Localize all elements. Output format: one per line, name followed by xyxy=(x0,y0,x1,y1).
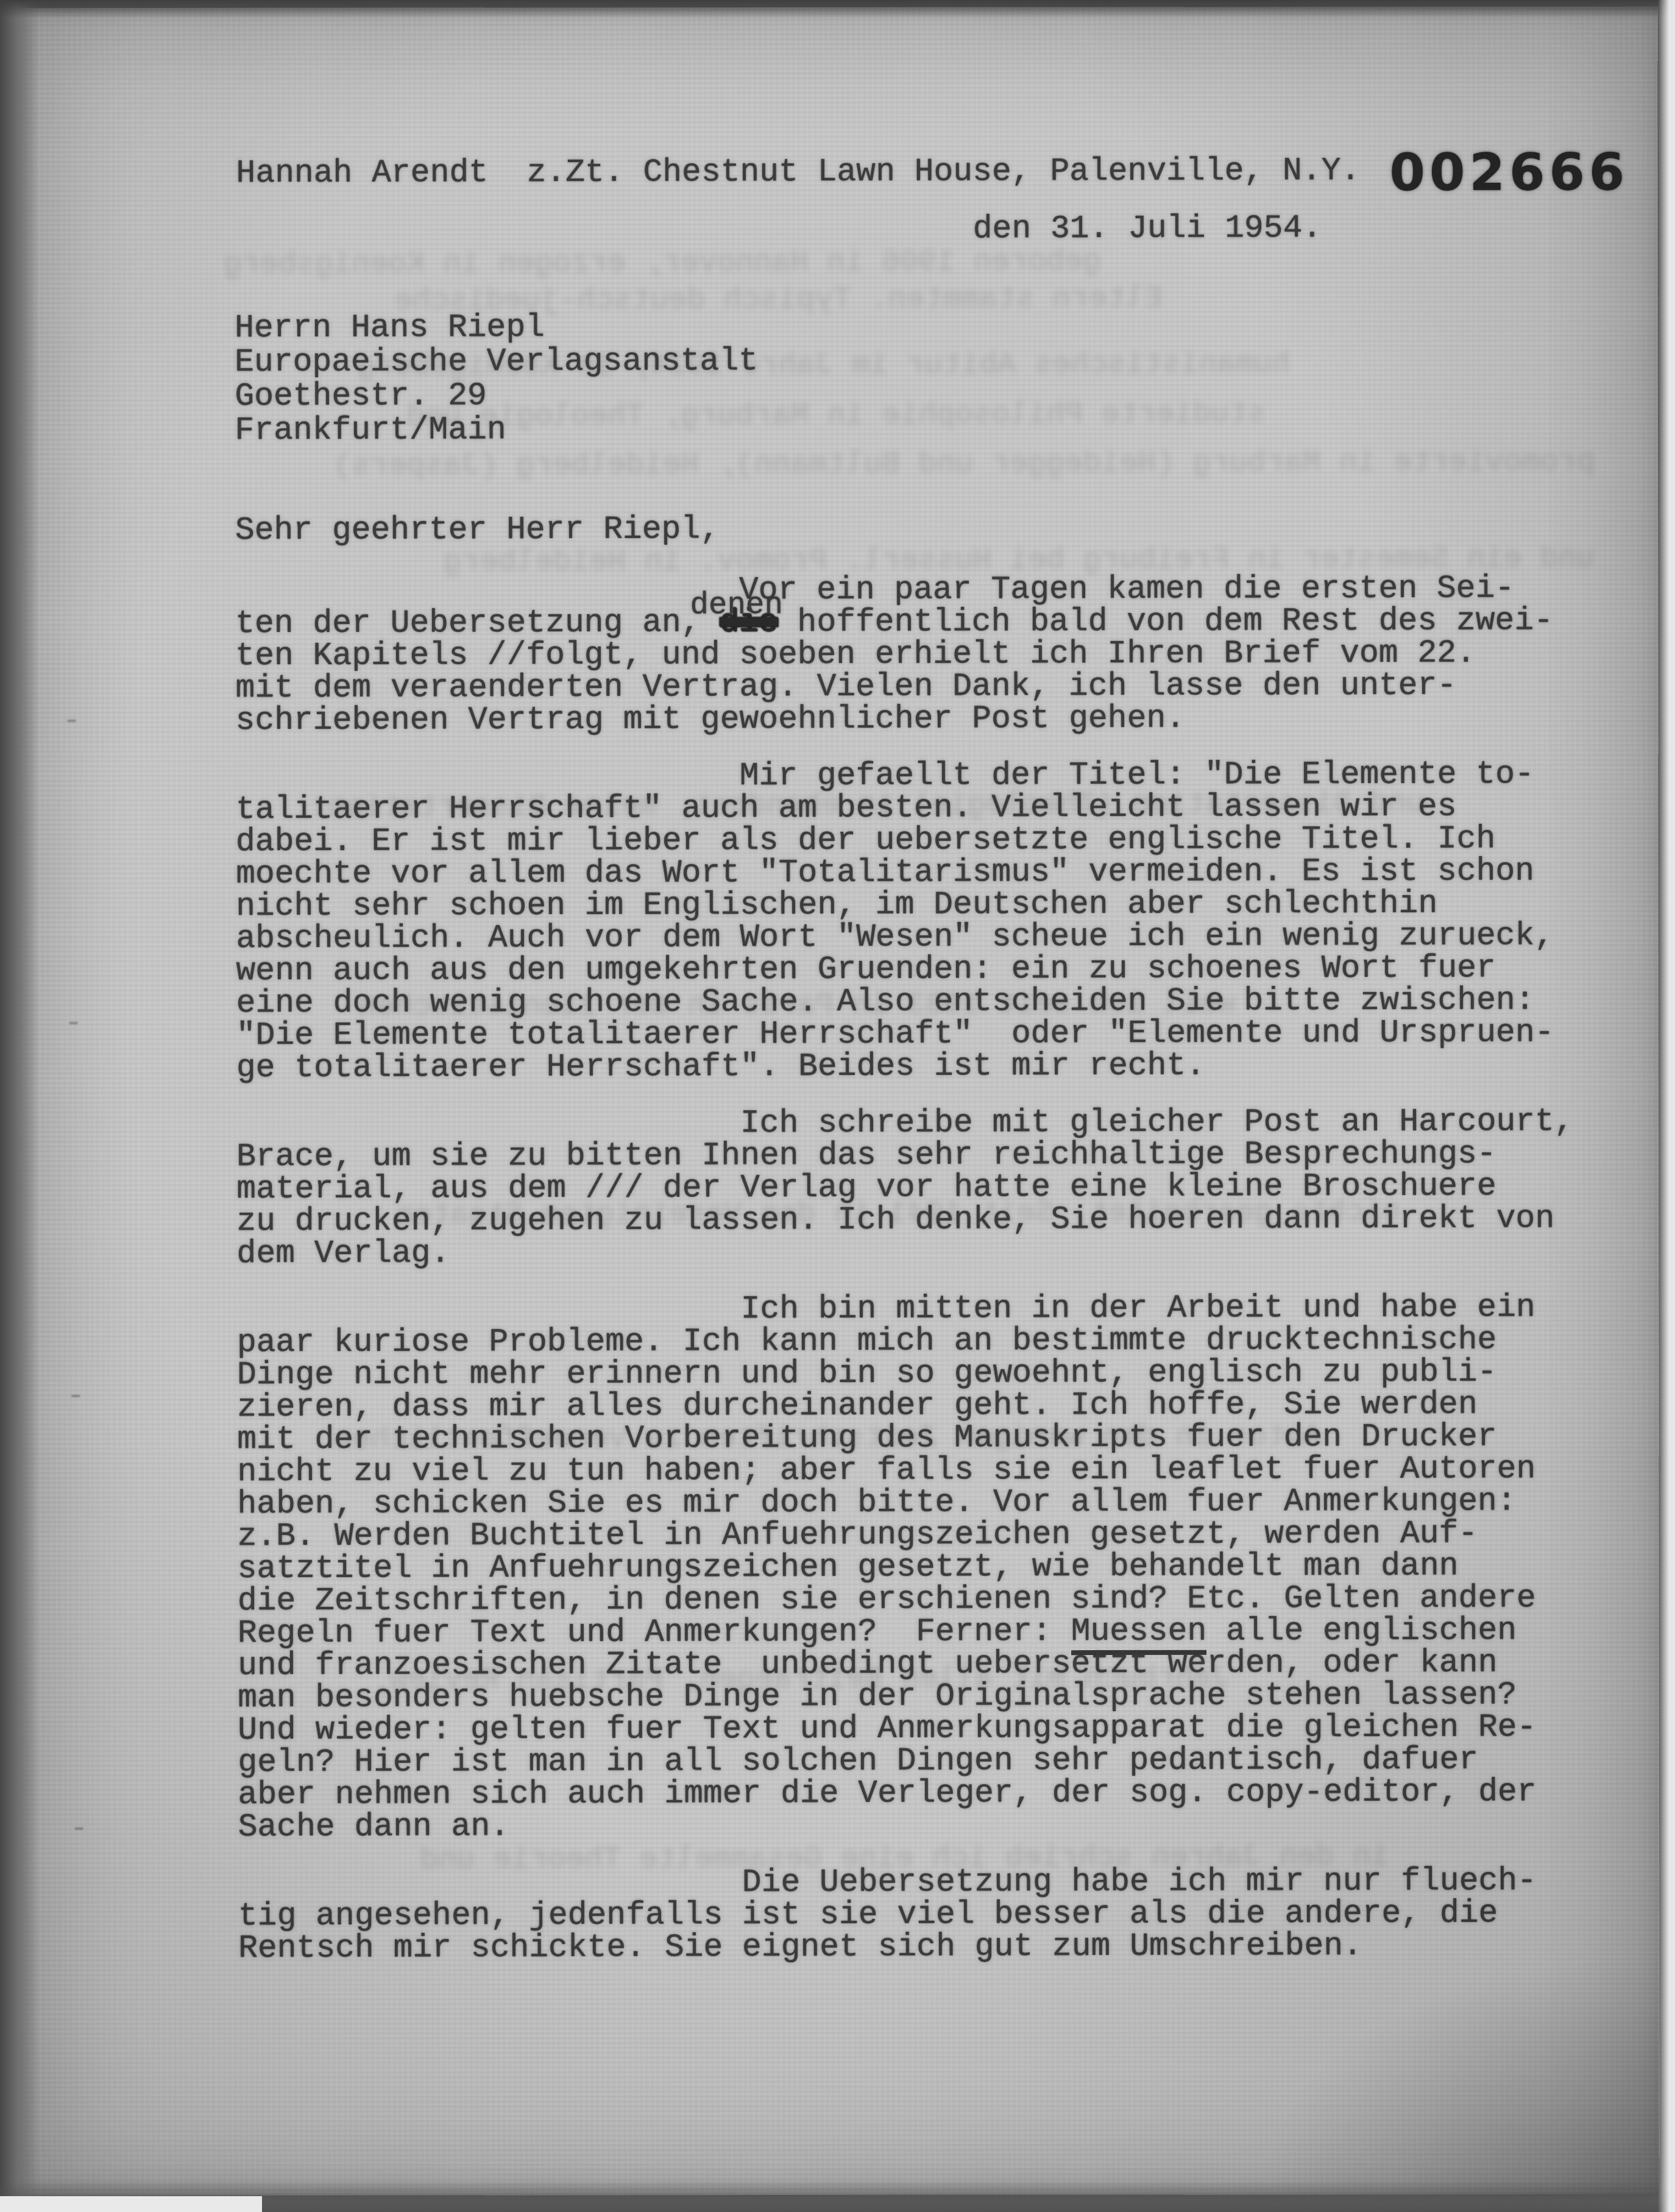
scanner-edge-right xyxy=(1658,0,1675,2212)
scanner-edge-top xyxy=(0,0,1675,18)
scanner-sliver-bottom-left xyxy=(0,2196,262,2212)
corner-shadow xyxy=(1233,1938,1659,2195)
scan-vignette xyxy=(16,7,1659,2196)
paper-sheet: geboren 1906 in Hannover, erzogen in Koe… xyxy=(16,7,1659,2196)
scanned-letter-page: geboren 1906 in Hannover, erzogen in Koe… xyxy=(0,0,1675,2212)
scanner-edge-left xyxy=(0,0,39,2212)
